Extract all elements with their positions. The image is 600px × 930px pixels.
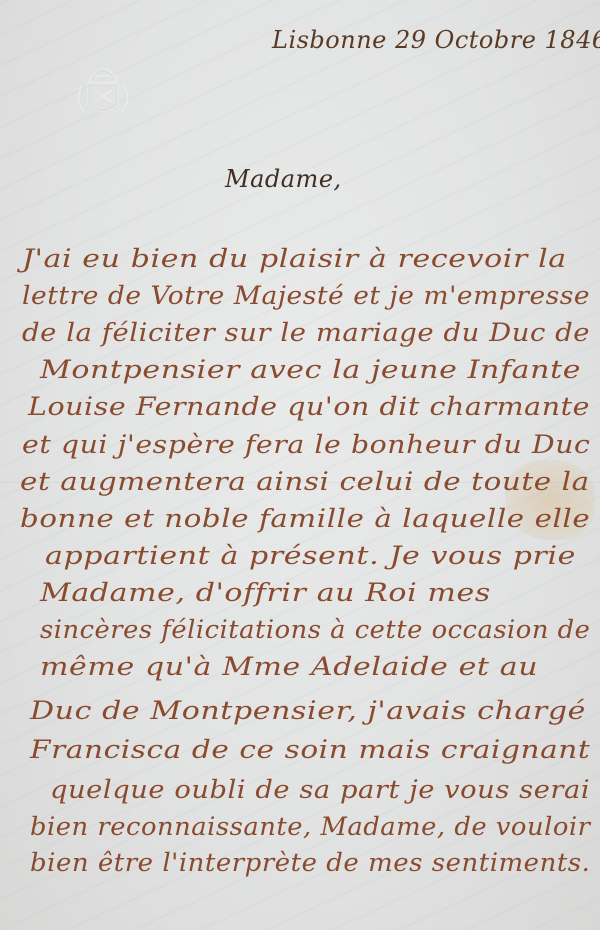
body-line: sincères félicitations à cette occasion …: [40, 615, 590, 644]
body-line: Louise Fernande qu'on dit charmante: [28, 392, 590, 421]
body-line: appartient à présent. Je vous prie: [45, 541, 576, 570]
body-line: lettre de Votre Majesté et je m'empresse: [22, 281, 590, 310]
body-line: même qu'à Mme Adelaide et au: [40, 652, 538, 681]
body-line: Montpensier avec la jeune Infante: [40, 355, 581, 384]
body-line: bien reconnaissante, Madame, de vouloir: [30, 812, 590, 841]
body-line: J'ai eu bien du plaisir à recevoir la: [22, 244, 567, 273]
body-line: Madame, d'offrir au Roi mes: [40, 578, 491, 607]
body-line: Francisca de ce soin mais craignant: [30, 735, 590, 764]
body-line: Duc de Montpensier, j'avais chargé: [30, 696, 586, 725]
body-line: bien être l'interprète de mes sentiments…: [30, 848, 590, 877]
letter-page: Lisbonne 29 Octobre 1846. Madame, J'ai e…: [0, 0, 600, 930]
date-line: Lisbonne 29 Octobre 1846.: [272, 26, 600, 54]
body-line: et qui j'espère fera le bonheur du Duc: [22, 430, 590, 459]
body-line: quelque oubli de sa part je vous serai: [50, 775, 590, 804]
embossed-crest-icon: [70, 58, 136, 128]
body-line: de la féliciter sur le mariage du Duc de: [22, 318, 590, 347]
body-line: et augmentera ainsi celui de toute la: [20, 467, 590, 496]
salutation: Madame,: [225, 165, 342, 193]
body-line: bonne et noble famille à laquelle elle: [20, 504, 590, 533]
